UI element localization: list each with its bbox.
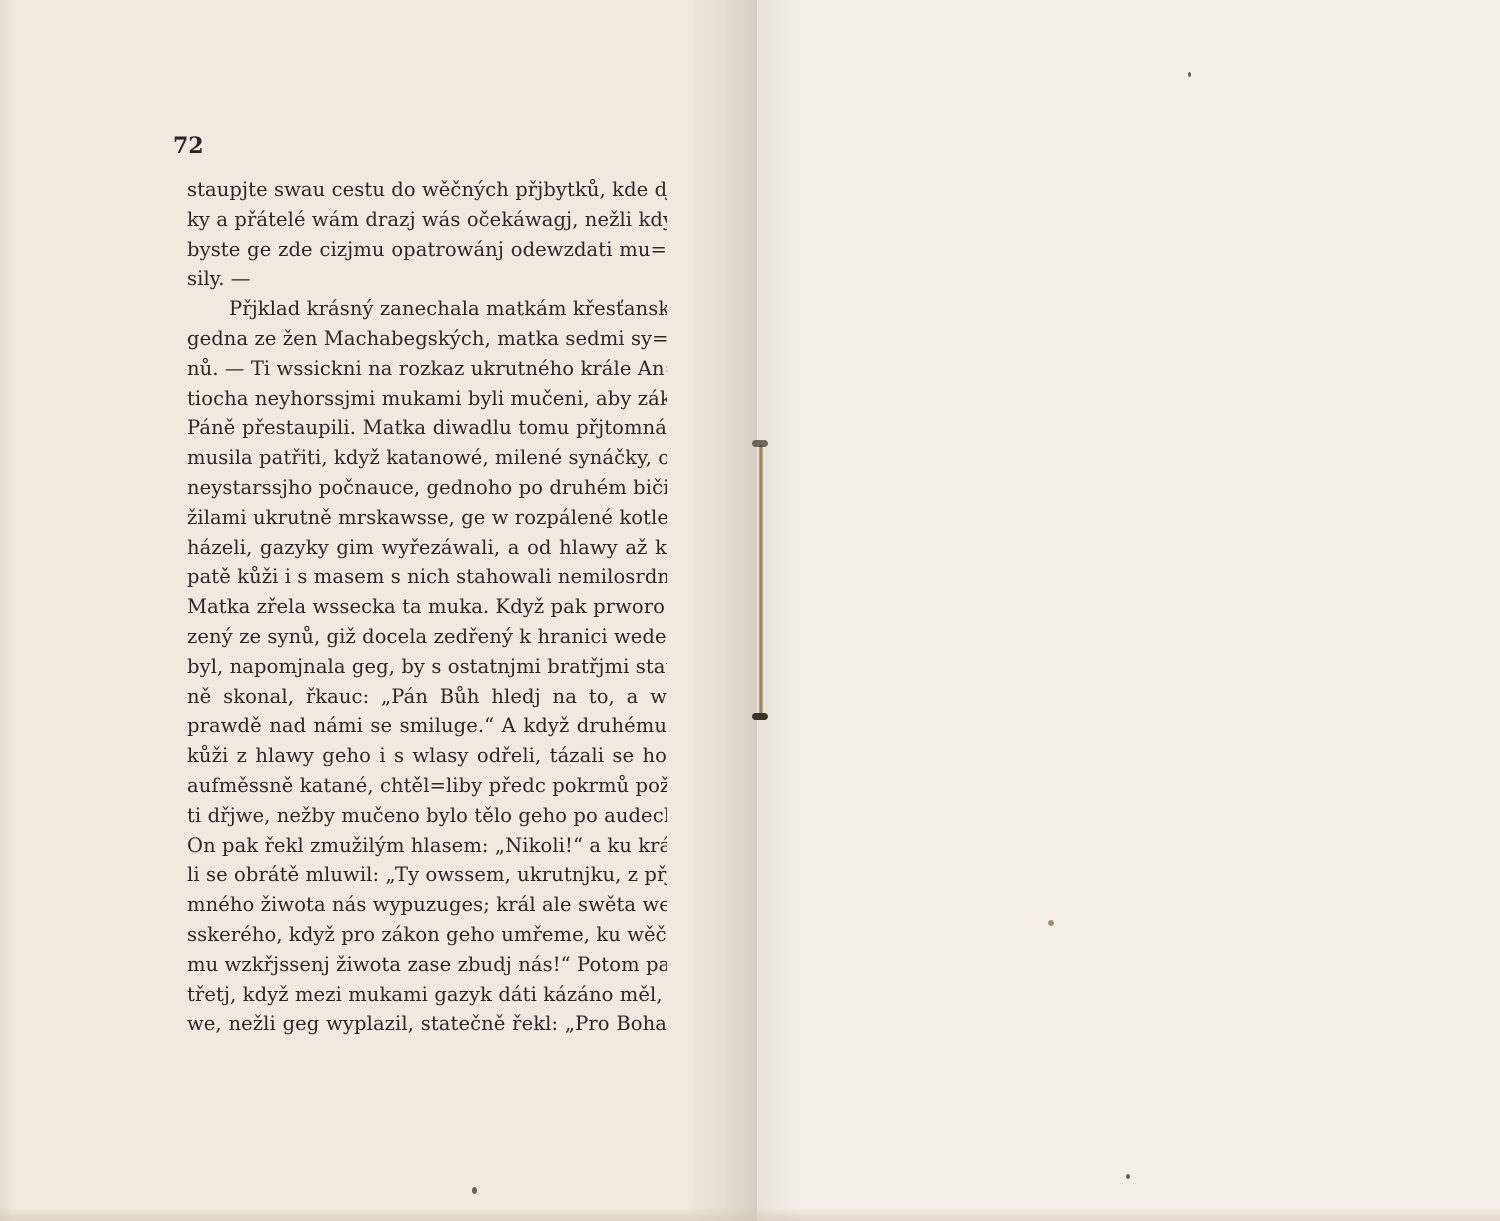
text-line: aufměssně katané, chtěl=liby předc pokrm… xyxy=(187,771,667,801)
paper-stain xyxy=(1048,920,1054,926)
text-line: li se obrátě mluwil: „Ty owssem, ukrutnj… xyxy=(187,860,667,890)
text-line: byl, napomjnala geg, by s ostatnjmi brat… xyxy=(187,652,667,682)
text-line: kůži z hlawy geho i s wlasy odřeli, táza… xyxy=(187,741,667,771)
text-line: nů. — Ti wssickni na rozkaz ukrutného kr… xyxy=(187,354,667,384)
text-line: patě kůži i s masem s nich stahowali nem… xyxy=(187,562,667,592)
text-line: byste ge zde cizjmu opatrowánj odewzdati… xyxy=(187,235,667,265)
paper-speck xyxy=(1126,1174,1130,1179)
book-spread: 72 staupjte swau cestu do wěčných přjbyt… xyxy=(0,0,1500,1221)
paper-speck xyxy=(472,1187,477,1194)
text-line: házeli, gazyky gim wyřezáwali, a od hlaw… xyxy=(187,533,667,563)
text-line: mu wzkřjssenj žiwota zase zbudj nás!“ Po… xyxy=(187,950,667,980)
text-line: staupjte swau cestu do wěčných přjbytků,… xyxy=(187,175,667,205)
text-line: žilami ukrutně mrskawsse, ge w rozpálené… xyxy=(187,503,667,533)
text-line: prawdě nad námi se smiluge.“ A když druh… xyxy=(187,711,667,741)
binding-knot-top xyxy=(752,440,768,447)
text-line: tiocha neyhorssjmi mukami byli mučeni, a… xyxy=(187,384,667,414)
text-line: neystarssjho počnauce, gednoho po druhém… xyxy=(187,473,667,503)
text-line: ně skonal, řkauc: „Pán Bůh hledj na to, … xyxy=(187,682,667,712)
page-bottom-edge xyxy=(0,1207,1500,1221)
text-line: Páně přestaupili. Matka diwadlu tomu přj… xyxy=(187,413,667,443)
text-line: musila patřiti, když katanowé, milené sy… xyxy=(187,443,667,473)
text-line: Přjklad krásný zanechala matkám křesťans… xyxy=(187,294,667,324)
text-line: gedna ze žen Machabegských, matka sedmi … xyxy=(187,324,667,354)
left-page-text: staupjte swau cestu do wěčných přjbytků,… xyxy=(187,175,667,1039)
paper-speck xyxy=(1188,72,1191,77)
text-line: třetj, když mezi mukami gazyk dáti kázán… xyxy=(187,980,667,1010)
text-line: Matka zřela wssecka ta muka. Když pak pr… xyxy=(187,592,667,622)
right-page: 73 smrti se poddáwám, neb od něho opět ž… xyxy=(757,0,1500,1221)
text-line: we, nežli geg wyplazil, statečně řekl: „… xyxy=(187,1009,667,1039)
text-line: zený ze synů, giž docela zedřený k hrani… xyxy=(187,622,667,652)
text-line: ky a přátelé wám drazj wás očekáwagj, ne… xyxy=(187,205,667,235)
text-line: On pak řekl zmužilým hlasem: „Nikoli!“ a… xyxy=(187,831,667,861)
binding-thread xyxy=(759,445,763,717)
text-line: sily. — xyxy=(187,264,667,294)
text-line: ti dřjwe, nežby mučeno bylo tělo geho po… xyxy=(187,801,667,831)
text-line: sskerého, když pro zákon geho umřeme, ku… xyxy=(187,920,667,950)
page-number-left: 72 xyxy=(173,133,204,159)
text-line: mného žiwota nás wypuzuges; král ale swě… xyxy=(187,890,667,920)
binding-knot-bottom xyxy=(752,713,768,720)
left-page: 72 staupjte swau cestu do wěčných přjbyt… xyxy=(0,0,757,1221)
